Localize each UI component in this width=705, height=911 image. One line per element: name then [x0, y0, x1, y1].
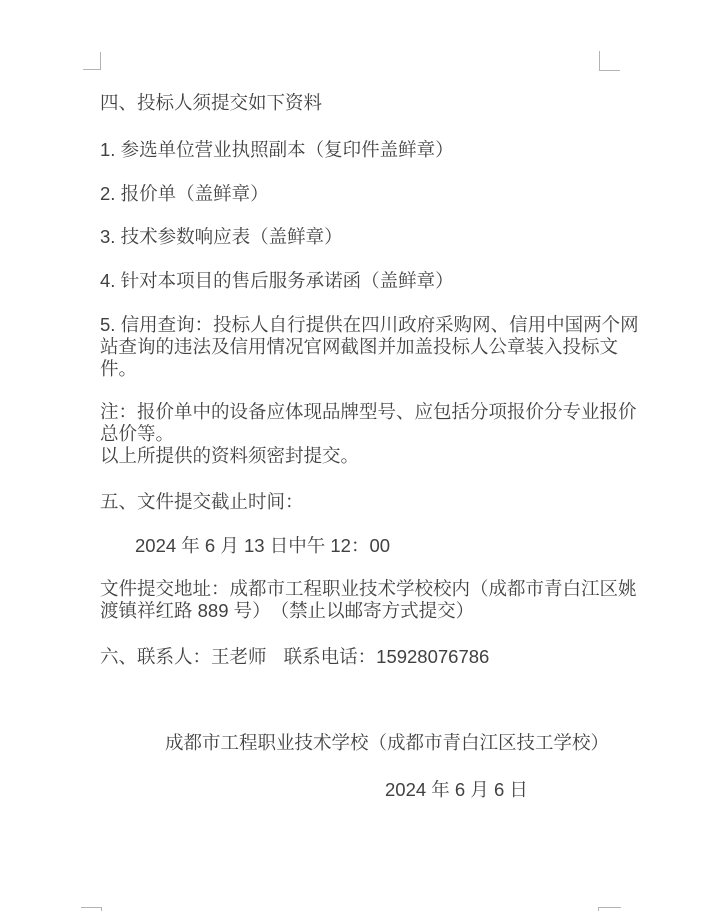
crop-mark-bottom-right: [598, 907, 621, 911]
required-item-4: 4. 针对本项目的售后服务承诺函（盖鲜章）: [100, 270, 640, 292]
contact-phone: 联系电话：15928076786: [284, 646, 490, 667]
crop-mark-top-left: [83, 52, 101, 70]
note-line-3: 以上所提供的资料须密封提交。: [100, 445, 640, 467]
note-paragraph: 注：报价单中的设备应体现品牌型号、应包括分项报价分专业报价 总价等。 以上所提供…: [100, 401, 640, 467]
required-item-1: 1. 参选单位营业执照副本（复印件盖鲜章）: [100, 139, 640, 161]
section-4-heading: 四、投标人须提交如下资料: [100, 92, 640, 114]
submission-address: 文件提交地址：成都市工程职业技术学校校内（成都市青白江区姚 渡镇祥红路 889 …: [100, 578, 640, 622]
document-page: 四、投标人须提交如下资料 1. 参选单位营业执照副本（复印件盖鲜章） 2. 报价…: [0, 0, 705, 911]
signature-organization: 成都市工程职业技术学校（成都市青白江区技工学校）: [165, 732, 705, 754]
submission-address-line-1: 文件提交地址：成都市工程职业技术学校校内（成都市青白江区姚: [100, 578, 640, 600]
note-line-1: 注：报价单中的设备应体现品牌型号、应包括分项报价分专业报价: [100, 401, 640, 423]
required-item-5: 5. 信用查询：投标人自行提供在四川政府采购网、信用中国两个网 站查询的违法及信…: [100, 314, 640, 380]
contact-person: 六、联系人：王老师: [100, 646, 267, 667]
required-item-3: 3. 技术参数响应表（盖鲜章）: [100, 226, 640, 248]
crop-mark-top-right: [599, 51, 620, 71]
required-item-5-line-3: 件。: [100, 358, 640, 380]
submission-address-line-2: 渡镇祥红路 889 号） （禁止以邮寄方式提交）: [100, 600, 640, 622]
signature-date: 2024 年 6 月 6 日: [385, 779, 705, 801]
section-6-contact: 六、联系人：王老师 联系电话：15928076786: [100, 646, 640, 668]
required-item-2: 2. 报价单（盖鲜章）: [100, 183, 640, 205]
section-5-heading: 五、文件提交截止时间：: [100, 491, 640, 513]
submission-deadline: 2024 年 6 月 13 日中午 12：00: [135, 535, 675, 557]
required-item-5-line-1: 5. 信用查询：投标人自行提供在四川政府采购网、信用中国两个网: [100, 314, 640, 336]
required-item-5-line-2: 站查询的违法及信用情况官网截图并加盖投标人公章装入投标文: [100, 336, 640, 358]
note-line-2: 总价等。: [100, 423, 640, 445]
crop-mark-bottom-left: [81, 907, 102, 911]
